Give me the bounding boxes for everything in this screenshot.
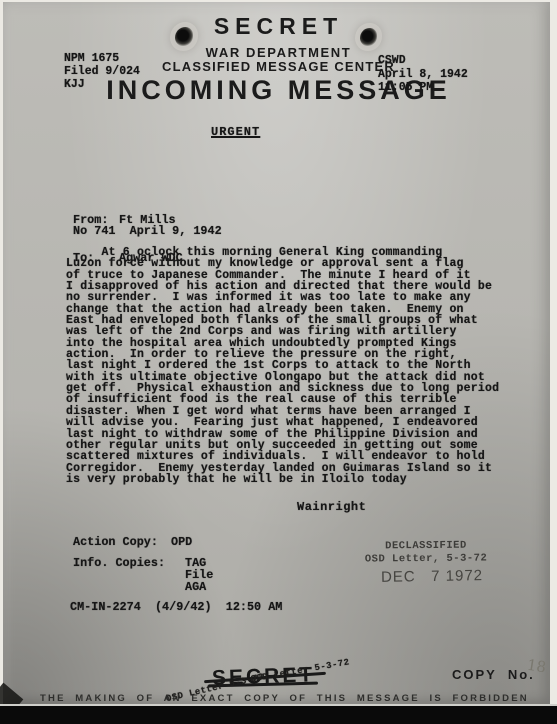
declassified-stamp: DECLASSIFIED OSD Letter, 5-3-72 xyxy=(356,539,496,565)
priority-label: URGENT xyxy=(211,125,260,139)
info-copies-values: TAG File AGA xyxy=(185,557,213,594)
control-number-line: CM-IN-2274 (4/9/42) 12:50 AM xyxy=(70,600,282,614)
copy-no-label: COPY No. xyxy=(452,667,535,682)
message-number-line: No 741 April 9, 1942 xyxy=(73,224,222,238)
action-copy-label: Action Copy: xyxy=(73,535,171,549)
document-photo: SECRET WAR DEPARTMENT CLASSIFIED MESSAGE… xyxy=(0,0,557,724)
signature: Wainright xyxy=(297,500,366,514)
photo-bottom-edge xyxy=(0,704,557,724)
info-copies-row: Info. Copies: TAG File AGA xyxy=(73,557,213,594)
declassified-date-stamp: DEC 7 1972 xyxy=(381,567,483,586)
footer-warning: THE MAKING OF AN EXACT COPY OF THIS MESS… xyxy=(40,693,529,704)
info-copies-label: Info. Copies: xyxy=(73,557,185,594)
action-copy-value: OPD xyxy=(171,535,192,549)
copy-no-handwritten: 18 xyxy=(526,656,548,677)
left-meta-block: NPM 1675 Filed 9/024 KJJ xyxy=(64,52,140,91)
classification-header: SECRET xyxy=(0,13,557,40)
action-copy-row: Action Copy: OPD xyxy=(73,535,192,549)
message-body: At 6 oclock this morning General King co… xyxy=(66,247,499,485)
right-meta-block: CSWD April 8, 1942 11:05 PM xyxy=(378,54,468,95)
